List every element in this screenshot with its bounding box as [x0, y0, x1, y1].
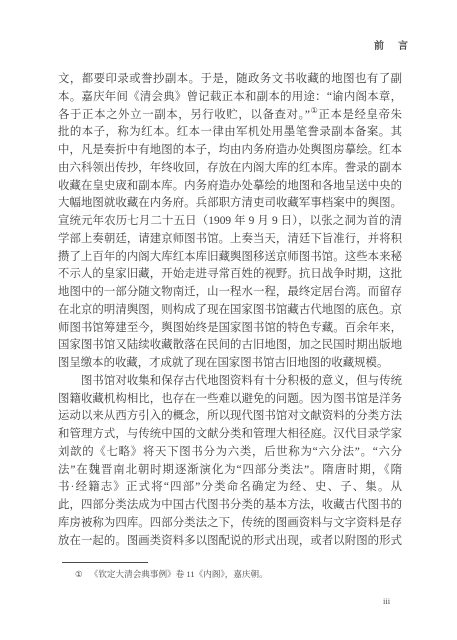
running-header: 前 言 — [374, 37, 410, 52]
body-line: 国家图书馆又陆续收藏散落在民间的古旧地图，加之民国时期出版地 — [58, 337, 402, 355]
body-line: 大幅地图就收藏在内务府。兵部职方清吏司收藏军事档案中的舆图。 — [58, 195, 402, 213]
body-line: 学部上奏朝廷，请建京师图书馆。上奏当天，清廷下旨准行，并将积 — [58, 231, 402, 249]
body-line: 在北京的明清舆图，则构成了现在国家图书馆藏古代地图的底色。京 — [58, 302, 402, 320]
footnote-separator — [62, 562, 148, 563]
body-line: 宣统元年农历七月二十五日（1909 年 9 月 9 日），以张之洞为首的清 — [58, 213, 402, 231]
body-line: 师图书馆筹建至今，舆图始终是国家图书馆的特色专藏。百余年来， — [58, 320, 402, 338]
body-line: 此，四部分类法成为中国古代图书分类的基本方法，收藏古代图书的 — [58, 497, 402, 515]
body-text: 文，都要印录或誊抄副本。于是，随政务文书收藏的地图也有了副本。嘉庆年间《清会典》… — [58, 71, 402, 550]
body-line: 运动以来从西方引入的概念，所以现代图书馆对文献资料的分类方法 — [58, 408, 402, 426]
body-line: 放在一起的。图画类资料多以图配说的形式出现，或者以附图的形式 — [58, 533, 402, 551]
footnote: ①《钦定大清会典事例》卷 11《内阁》，嘉庆朝。 — [75, 568, 395, 580]
body-line: 库房被称为四库。四部分类法之下，传统的图画资料与文字资料是存 — [58, 515, 402, 533]
body-line: 各于正本之外立一副本，另行收贮，以备查对。”①正本是经皇帝朱 — [58, 107, 402, 125]
body-line: 收藏在皇史宬和副本库。内务府造办处摹绘的地图和各地呈送中央的 — [58, 178, 402, 196]
body-line: 书·经籍志》正式将“四部”分类命名确定为经、史、子、集。从 — [58, 479, 402, 497]
body-line: 法”在魏晋南北朝时期逐渐演化为“四部分类法”。隋唐时期，《隋 — [58, 462, 402, 480]
body-line: 不示人的皇家旧藏，开始走进寻常百姓的视野。抗日战争时期，这批 — [58, 266, 402, 284]
page-number: iii — [383, 596, 390, 606]
body-line: 图呈缴本的收藏，才成就了现在国家图书馆古旧地图的收藏规模。 — [58, 355, 402, 373]
footnote-text: 《钦定大清会典事例》卷 11《内阁》，嘉庆朝。 — [90, 569, 268, 579]
body-line: 攒了上百年的内阁大库红本库旧藏舆图移送京师图书馆。这些本来秘 — [58, 249, 402, 267]
body-line: 刘歆的《七略》将天下图书分为六类，后世称为“六分法”。“六分 — [58, 444, 402, 462]
paragraph: 文，都要印录或誊抄副本。于是，随政务文书收藏的地图也有了副本。嘉庆年间《清会典》… — [58, 71, 402, 373]
body-line: 文，都要印录或誊抄副本。于是，随政务文书收藏的地图也有了副 — [58, 71, 402, 89]
body-line: 图书馆对收集和保存古代地图资料有十分积极的意义，但与传统 — [58, 373, 402, 391]
footnote-ref: ① — [310, 107, 318, 115]
paragraph: 图书馆对收集和保存古代地图资料有十分积极的意义，但与传统图籍收藏机构相比，也存在… — [58, 373, 402, 551]
body-line: 和管理方式，与传统中国的文献分类和管理大相径庭。汉代目录学家 — [58, 426, 402, 444]
body-line: 图籍收藏机构相比，也存在一些难以避免的问题。因为图书馆是洋务 — [58, 391, 402, 409]
body-line: 中，凡是奏折中有地图的本子，均由内务府造办处舆图房摹绘。红本 — [58, 142, 402, 160]
body-line: 本。嘉庆年间《清会典》曾记载正本和副本的用途：“谕内阁本章， — [58, 89, 402, 107]
body-line: 地图中的一部分随文物南迁，山一程水一程，最终定居台湾。而留存 — [58, 284, 402, 302]
body-line: 由六科领出传抄，年终收回，存放在内阁大库的红本库。誊录的副本 — [58, 160, 402, 178]
body-line: 批的本子，称为红本。红本一律由军机处用墨笔誊录副本备案。其 — [58, 124, 402, 142]
footnote-marker: ① — [75, 569, 83, 579]
book-page: 前 言 文，都要印录或誊抄副本。于是，随政务文书收藏的地图也有了副本。嘉庆年间《… — [0, 0, 457, 640]
